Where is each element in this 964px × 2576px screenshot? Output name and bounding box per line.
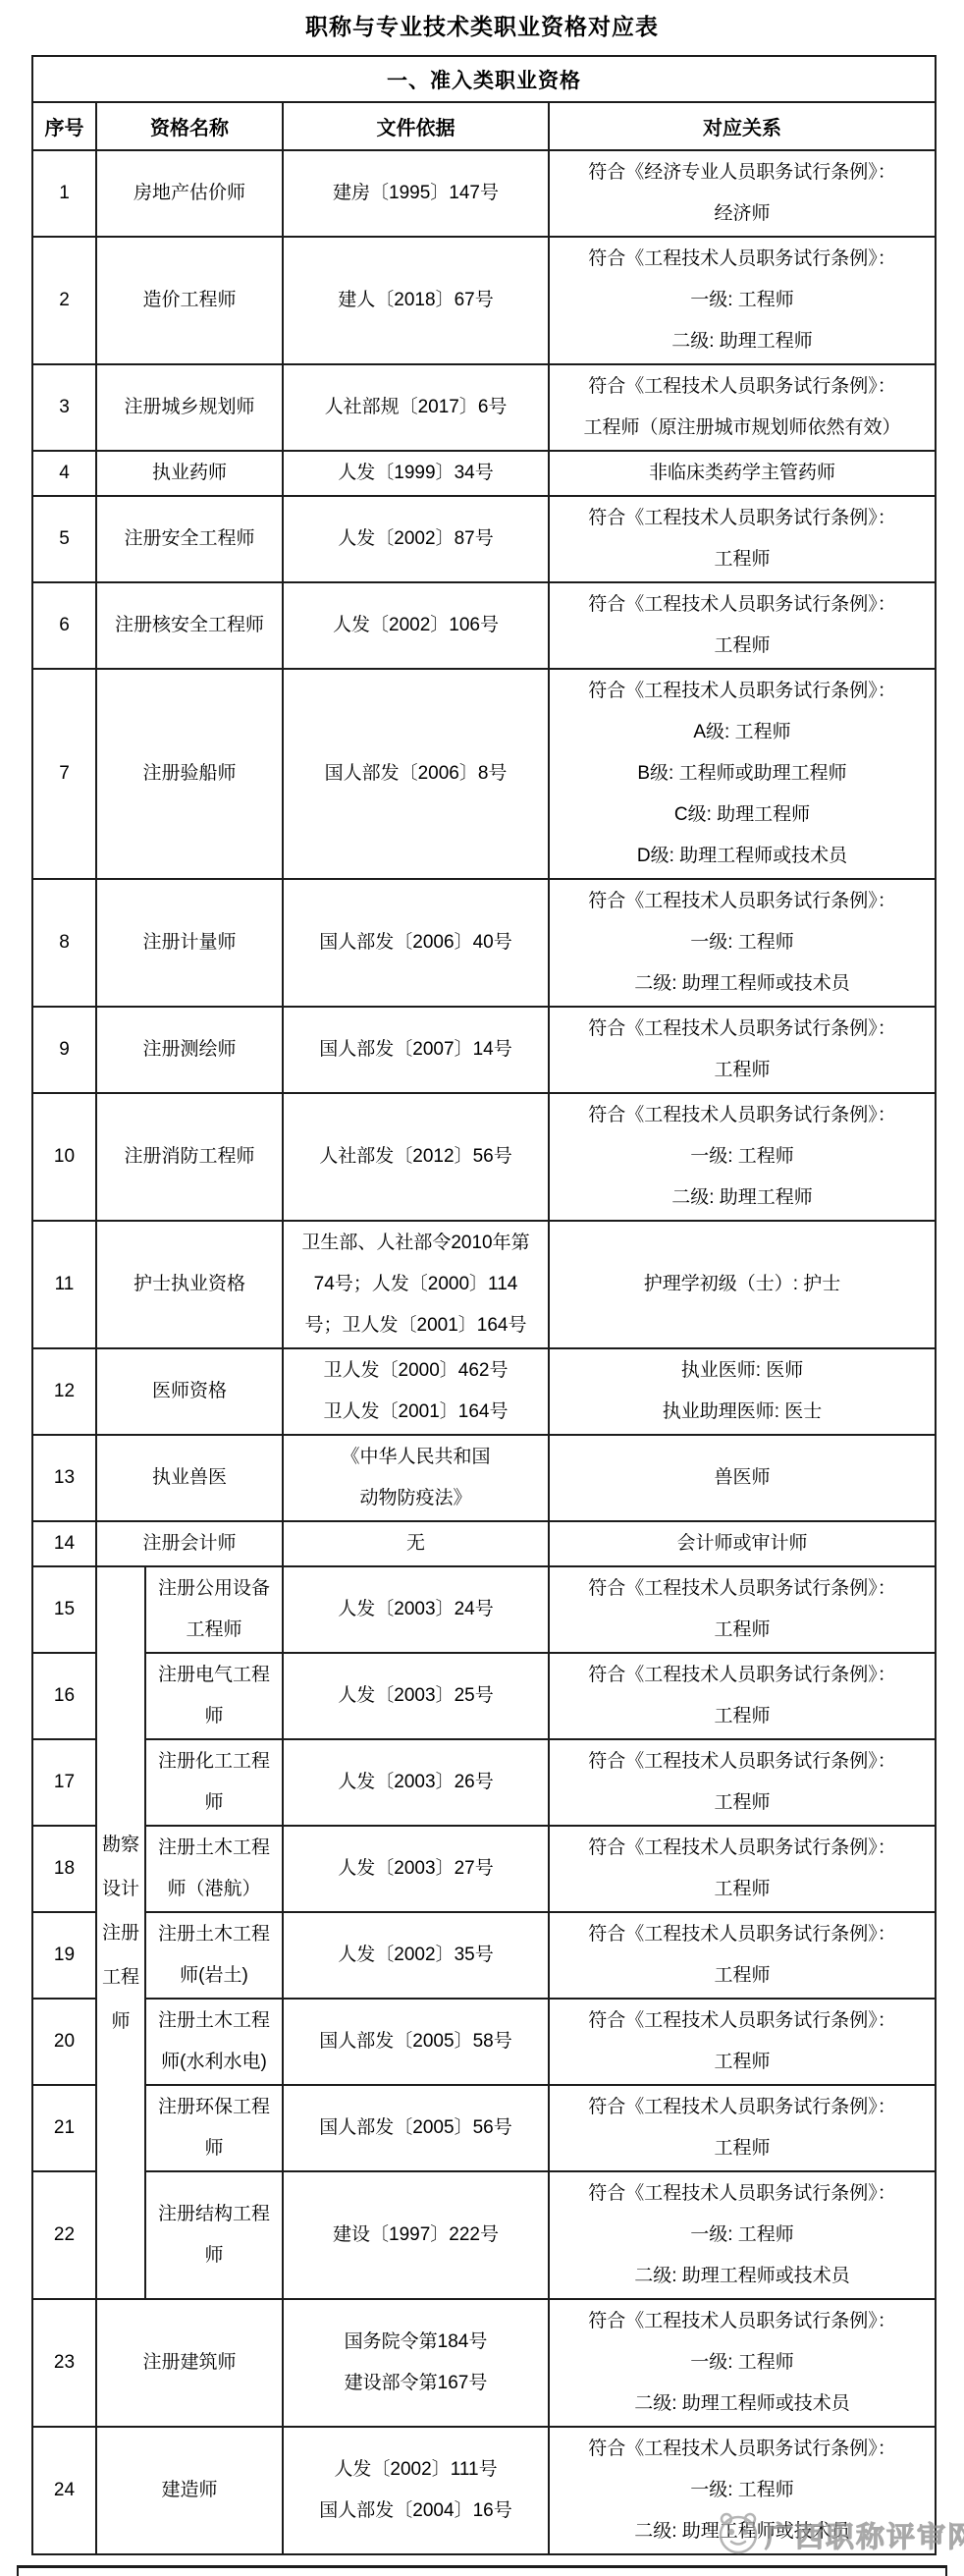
cell-qualification-name: 注册环保工程师	[145, 2085, 283, 2171]
rows.2.relation-line: 符合《工程技术人员职务试行条例》：	[550, 366, 935, 408]
rows.16.relation-line: 符合《工程技术人员职务试行条例》：	[550, 1741, 935, 1782]
rows.17.name-line: 注册土木工程	[146, 1828, 282, 1869]
cell-document-basis: 无	[283, 1521, 549, 1566]
cell-document-basis: 建设〔1997〕222号	[283, 2171, 549, 2299]
rows.21.relation-line: 二级: 助理工程师或技术员	[550, 2256, 935, 2297]
rows.9.relation-line: 二级: 助理工程师	[550, 1178, 935, 1219]
rows.9.relation-line: 一级: 工程师	[550, 1136, 935, 1178]
cell-no: 22	[32, 2171, 96, 2299]
rows.6.relation-line: A级: 工程师	[550, 712, 935, 753]
table-row-22: 22注册结构工程师建设〔1997〕222号符合《工程技术人员职务试行条例》：一级…	[32, 2171, 936, 2299]
cell-correspondence-relation: 符合《工程技术人员职务试行条例》：工程师	[549, 582, 936, 669]
rows.5.relation-line: 工程师	[550, 626, 935, 667]
rows.23.basis-line: 国人部发〔2004〕16号	[284, 2491, 548, 2532]
cell-correspondence-relation: 符合《工程技术人员职务试行条例》：A级: 工程师B级: 工程师或助理工程师C级:…	[549, 669, 936, 879]
cell-correspondence-relation: 符合《工程技术人员职务试行条例》：一级: 工程师二级: 助理工程师或技术员	[549, 879, 936, 1007]
table-row-3: 3注册城乡规划师人社部规〔2017〕6号符合《工程技术人员职务试行条例》：工程师…	[32, 364, 936, 451]
rows.7.relation-line: 符合《工程技术人员职务试行条例》：	[550, 881, 935, 922]
rows.23.relation-line: 二级: 助理工程师或技术员	[550, 2511, 935, 2552]
rows.4.relation-line: 符合《工程技术人员职务试行条例》：	[550, 498, 935, 539]
cell-no: 19	[32, 1912, 96, 1999]
table-body: 1房地产估价师建房〔1995〕147号符合《经济专业人员职务试行条例》：经济师2…	[32, 150, 936, 2554]
rows.9.basis-line: 人社部发〔2012〕56号	[284, 1136, 548, 1178]
rows.14.name-line: 注册公用设备	[146, 1568, 282, 1610]
rows.9.name-line: 注册消防工程师	[97, 1136, 282, 1178]
cell-qualification-name: 注册结构工程师	[145, 2171, 283, 2299]
group.label_lines-line: 勘察	[97, 1823, 144, 1867]
rows.8.relation-line: 符合《工程技术人员职务试行条例》：	[550, 1009, 935, 1050]
table-row-14: 14注册会计师无会计师或审计师	[32, 1521, 936, 1566]
rows.17.relation-line: 符合《工程技术人员职务试行条例》：	[550, 1828, 935, 1869]
rows.6.relation-line: C级: 助理工程师	[550, 795, 935, 836]
rows.22.basis-line: 建设部令第167号	[284, 2363, 548, 2404]
cell-correspondence-relation: 符合《经济专业人员职务试行条例》：经济师	[549, 150, 936, 237]
rows.10.name-line: 护士执业资格	[97, 1264, 282, 1305]
cell-qualification-name: 注册计量师	[96, 879, 283, 1007]
cell-no: 6	[32, 582, 96, 669]
rows.14.basis-line: 人发〔2003〕24号	[284, 1589, 548, 1630]
page-title: 职称与专业技术类职业资格对应表	[0, 9, 964, 41]
rows.1.relation-line: 符合《工程技术人员职务试行条例》：	[550, 239, 935, 280]
cell-correspondence-relation: 会计师或审计师	[549, 1521, 936, 1566]
cell-document-basis: 建房〔1995〕147号	[283, 150, 549, 237]
rows.4.basis-line: 人发〔2002〕87号	[284, 519, 548, 560]
cell-document-basis: 人发〔2003〕26号	[283, 1739, 549, 1826]
cell-correspondence-relation: 兽医师	[549, 1435, 936, 1521]
rows.8.basis-line: 国人部发〔2007〕14号	[284, 1029, 548, 1070]
cell-qualification-name: 注册化工工程师	[145, 1739, 283, 1826]
rows.1.relation-line: 二级: 助理工程师	[550, 321, 935, 362]
cell-no: 9	[32, 1007, 96, 1093]
rows.16.relation-line: 工程师	[550, 1782, 935, 1824]
table-row-17: 17注册化工工程师人发〔2003〕26号符合《工程技术人员职务试行条例》：工程师	[32, 1739, 936, 1826]
table-row-13: 13执业兽医《中华人民共和国动物防疫法》兽医师	[32, 1435, 936, 1521]
cell-no: 21	[32, 2085, 96, 2171]
rows.15.basis-line: 人发〔2003〕25号	[284, 1675, 548, 1717]
rows.16.name-line: 师	[146, 1782, 282, 1824]
table-row-16: 16注册电气工程师人发〔2003〕25号符合《工程技术人员职务试行条例》：工程师	[32, 1653, 936, 1739]
rows.0.name-line: 房地产估价师	[97, 173, 282, 214]
cell-correspondence-relation: 符合《工程技术人员职务试行条例》：一级: 工程师二级: 助理工程师	[549, 1093, 936, 1221]
column-header-relation: 对应关系	[549, 102, 936, 150]
rows.12.basis-line: 《中华人民共和国	[284, 1437, 548, 1478]
cell-correspondence-relation: 符合《工程技术人员职务试行条例》：一级: 工程师二级: 助理工程师或技术员	[549, 2171, 936, 2299]
rows.18.relation-line: 符合《工程技术人员职务试行条例》：	[550, 1914, 935, 1955]
cell-group-survey-design-registered-engineer: 勘察设计注册工程师	[96, 1566, 145, 2299]
rows.19.relation-line: 符合《工程技术人员职务试行条例》：	[550, 2001, 935, 2042]
cell-document-basis: 人发〔2002〕106号	[283, 582, 549, 669]
table-row-15: 15勘察设计注册工程师注册公用设备工程师人发〔2003〕24号符合《工程技术人员…	[32, 1566, 936, 1653]
cell-qualification-name: 建造师	[96, 2427, 283, 2554]
rows.18.relation-line: 工程师	[550, 1955, 935, 1997]
rows.18.name-line: 注册土木工程	[146, 1914, 282, 1955]
rows.22.name-line: 注册建筑师	[97, 2342, 282, 2384]
rows.0.relation-line: 经济师	[550, 193, 935, 235]
cell-qualification-name: 注册城乡规划师	[96, 364, 283, 451]
cell-no: 17	[32, 1739, 96, 1826]
cell-correspondence-relation: 符合《工程技术人员职务试行条例》：工程师	[549, 1826, 936, 1912]
cell-no: 24	[32, 2427, 96, 2554]
rows.11.basis-line: 卫人发〔2001〕164号	[284, 1392, 548, 1433]
rows.20.relation-line: 工程师	[550, 2128, 935, 2169]
table-row-8: 8注册计量师国人部发〔2006〕40号符合《工程技术人员职务试行条例》：一级: …	[32, 879, 936, 1007]
rows.16.name-line: 注册化工工程	[146, 1741, 282, 1782]
rows.11.relation-line: 执业助理医师: 医士	[550, 1392, 935, 1433]
rows.15.name-line: 注册电气工程	[146, 1655, 282, 1696]
rows.7.relation-line: 一级: 工程师	[550, 922, 935, 963]
group.label_lines-line: 师	[97, 2000, 144, 2044]
rows.19.name-line: 注册土木工程	[146, 2001, 282, 2042]
table-row-20: 20注册土木工程师(水利水电)国人部发〔2005〕58号符合《工程技术人员职务试…	[32, 1999, 936, 2085]
cell-qualification-name: 护士执业资格	[96, 1221, 283, 1348]
cell-no: 20	[32, 1999, 96, 2085]
cell-qualification-name: 注册建筑师	[96, 2299, 283, 2427]
rows.10.basis-line: 74号；人发〔2000〕114	[284, 1264, 548, 1305]
cell-no: 7	[32, 669, 96, 879]
group.label_lines-line: 注册	[97, 1911, 144, 1955]
cell-document-basis: 人发〔2002〕111号国人部发〔2004〕16号	[283, 2427, 549, 2554]
cell-correspondence-relation: 符合《工程技术人员职务试行条例》：工程师	[549, 1739, 936, 1826]
cell-correspondence-relation: 符合《工程技术人员职务试行条例》：工程师	[549, 1566, 936, 1653]
rows.17.name-line: 师（港航）	[146, 1869, 282, 1910]
rows.6.relation-line: 符合《工程技术人员职务试行条例》：	[550, 671, 935, 712]
table-row-6: 6注册核安全工程师人发〔2002〕106号符合《工程技术人员职务试行条例》：工程…	[32, 582, 936, 669]
rows.2.basis-line: 人社部规〔2017〕6号	[284, 387, 548, 428]
rows.4.name-line: 注册安全工程师	[97, 519, 282, 560]
rows.6.name-line: 注册验船师	[97, 753, 282, 795]
cell-document-basis: 卫人发〔2000〕462号卫人发〔2001〕164号	[283, 1348, 549, 1435]
cell-qualification-name: 房地产估价师	[96, 150, 283, 237]
rows.2.relation-line: 工程师（原注册城市规划师依然有效）	[550, 408, 935, 449]
rows.21.basis-line: 建设〔1997〕222号	[284, 2215, 548, 2256]
rows.2.name-line: 注册城乡规划师	[97, 387, 282, 428]
cell-document-basis: 建人〔2018〕67号	[283, 237, 549, 364]
cell-no: 4	[32, 451, 96, 496]
rows.12.name-line: 执业兽医	[97, 1457, 282, 1499]
rows.4.relation-line: 工程师	[550, 539, 935, 580]
cell-qualification-name: 注册公用设备工程师	[145, 1566, 283, 1653]
rows.21.name-line: 师	[146, 2235, 282, 2276]
rows.13.name-line: 注册会计师	[97, 1523, 282, 1564]
cell-document-basis: 人发〔2003〕25号	[283, 1653, 549, 1739]
rows.16.basis-line: 人发〔2003〕26号	[284, 1762, 548, 1803]
rows.20.relation-line: 符合《工程技术人员职务试行条例》：	[550, 2087, 935, 2128]
rows.22.relation-line: 符合《工程技术人员职务试行条例》：	[550, 2301, 935, 2342]
cell-qualification-name: 医师资格	[96, 1348, 283, 1435]
cell-qualification-name: 注册土木工程师（港航）	[145, 1826, 283, 1912]
cell-correspondence-relation: 符合《工程技术人员职务试行条例》：工程师	[549, 1007, 936, 1093]
cell-qualification-name: 注册验船师	[96, 669, 283, 879]
rows.8.relation-line: 工程师	[550, 1050, 935, 1091]
rows.14.relation-line: 工程师	[550, 1610, 935, 1651]
rows.6.basis-line: 国人部发〔2006〕8号	[284, 753, 548, 795]
cell-document-basis: 国务院令第184号建设部令第167号	[283, 2299, 549, 2427]
cell-document-basis: 人社部规〔2017〕6号	[283, 364, 549, 451]
table-row-7: 7注册验船师国人部发〔2006〕8号符合《工程技术人员职务试行条例》：A级: 工…	[32, 669, 936, 879]
cell-no: 18	[32, 1826, 96, 1912]
rows.19.relation-line: 工程师	[550, 2042, 935, 2083]
cell-correspondence-relation: 执业医师: 医师执业助理医师: 医士	[549, 1348, 936, 1435]
cell-qualification-name: 注册核安全工程师	[96, 582, 283, 669]
rows.1.name-line: 造价工程师	[97, 280, 282, 321]
table-row-4: 4执业药师人发〔1999〕34号非临床类药学主管药师	[32, 451, 936, 496]
table-row-2: 2造价工程师建人〔2018〕67号符合《工程技术人员职务试行条例》：一级: 工程…	[32, 237, 936, 364]
rows.15.relation-line: 符合《工程技术人员职务试行条例》：	[550, 1655, 935, 1696]
rows.17.basis-line: 人发〔2003〕27号	[284, 1848, 548, 1890]
rows.12.basis-line: 动物防疫法》	[284, 1478, 548, 1519]
rows.10.basis-line: 号；卫人发〔2001〕164号	[284, 1305, 548, 1346]
rows.15.name-line: 师	[146, 1696, 282, 1737]
cell-no: 2	[32, 237, 96, 364]
rows.23.relation-line: 一级: 工程师	[550, 2470, 935, 2511]
table-row-21: 21注册环保工程师国人部发〔2005〕56号符合《工程技术人员职务试行条例》：工…	[32, 2085, 936, 2171]
cell-no: 5	[32, 496, 96, 582]
rows.21.relation-line: 符合《工程技术人员职务试行条例》：	[550, 2173, 935, 2215]
rows.0.relation-line: 符合《经济专业人员职务试行条例》：	[550, 152, 935, 193]
rows.13.relation-line: 会计师或审计师	[550, 1523, 935, 1564]
cell-document-basis: 国人部发〔2006〕8号	[283, 669, 549, 879]
cell-correspondence-relation: 符合《工程技术人员职务试行条例》：工程师	[549, 1999, 936, 2085]
cell-no: 12	[32, 1348, 96, 1435]
cell-document-basis: 国人部发〔2007〕14号	[283, 1007, 549, 1093]
cell-document-basis: 国人部发〔2005〕56号	[283, 2085, 549, 2171]
section-header-row: 一、准入类职业资格	[32, 56, 936, 102]
rows.19.basis-line: 国人部发〔2005〕58号	[284, 2021, 548, 2062]
table-row-18: 18注册土木工程师（港航）人发〔2003〕27号符合《工程技术人员职务试行条例》…	[32, 1826, 936, 1912]
table-row-10: 10注册消防工程师人社部发〔2012〕56号符合《工程技术人员职务试行条例》：一…	[32, 1093, 936, 1221]
rows.7.relation-line: 二级: 助理工程师或技术员	[550, 963, 935, 1005]
cell-no: 3	[32, 364, 96, 451]
cell-qualification-name: 注册测绘师	[96, 1007, 283, 1093]
rows.22.relation-line: 二级: 助理工程师或技术员	[550, 2384, 935, 2425]
rows.23.relation-line: 符合《工程技术人员职务试行条例》：	[550, 2429, 935, 2470]
table-row-24: 24建造师人发〔2002〕111号国人部发〔2004〕16号符合《工程技术人员职…	[32, 2427, 936, 2554]
table-row-5: 5注册安全工程师人发〔2002〕87号符合《工程技术人员职务试行条例》：工程师	[32, 496, 936, 582]
rows.1.basis-line: 建人〔2018〕67号	[284, 280, 548, 321]
column-header-row: 序号 资格名称 文件依据 对应关系	[32, 102, 936, 150]
table-row-12: 12医师资格卫人发〔2000〕462号卫人发〔2001〕164号执业医师: 医师…	[32, 1348, 936, 1435]
cell-no: 8	[32, 879, 96, 1007]
rows.6.relation-line: B级: 工程师或助理工程师	[550, 753, 935, 795]
cell-no: 13	[32, 1435, 96, 1521]
cell-correspondence-relation: 护理学初级（士）: 护士	[549, 1221, 936, 1348]
rows.22.basis-line: 国务院令第184号	[284, 2322, 548, 2363]
cell-qualification-name: 注册电气工程师	[145, 1653, 283, 1739]
cell-correspondence-relation: 符合《工程技术人员职务试行条例》：工程师	[549, 2085, 936, 2171]
cell-qualification-name: 注册会计师	[96, 1521, 283, 1566]
cell-no: 16	[32, 1653, 96, 1739]
table-row-23: 23注册建筑师国务院令第184号建设部令第167号符合《工程技术人员职务试行条例…	[32, 2299, 936, 2427]
rows.3.basis-line: 人发〔1999〕34号	[284, 453, 548, 494]
cell-document-basis: 《中华人民共和国动物防疫法》	[283, 1435, 549, 1521]
cell-qualification-name: 注册土木工程师(水利水电)	[145, 1999, 283, 2085]
cell-document-basis: 卫生部、人社部令2010年第74号；人发〔2000〕114号；卫人发〔2001〕…	[283, 1221, 549, 1348]
table-row-1: 1房地产估价师建房〔1995〕147号符合《经济专业人员职务试行条例》：经济师	[32, 150, 936, 237]
rows.21.name-line: 注册结构工程	[146, 2194, 282, 2235]
cell-document-basis: 国人部发〔2006〕40号	[283, 879, 549, 1007]
rows.7.name-line: 注册计量师	[97, 922, 282, 963]
rows.11.basis-line: 卫人发〔2000〕462号	[284, 1350, 548, 1392]
rows.3.relation-line: 非临床类药学主管药师	[550, 453, 935, 494]
rows.6.relation-line: D级: 助理工程师或技术员	[550, 836, 935, 877]
cell-no: 23	[32, 2299, 96, 2427]
rows.5.name-line: 注册核安全工程师	[97, 605, 282, 646]
cell-document-basis: 人社部发〔2012〕56号	[283, 1093, 549, 1221]
cell-document-basis: 人发〔2003〕24号	[283, 1566, 549, 1653]
rows.14.relation-line: 符合《工程技术人员职务试行条例》：	[550, 1568, 935, 1610]
rows.18.name-line: 师(岩土)	[146, 1955, 282, 1997]
cell-document-basis: 人发〔2002〕87号	[283, 496, 549, 582]
rows.17.relation-line: 工程师	[550, 1869, 935, 1910]
cell-document-basis: 人发〔2003〕27号	[283, 1826, 549, 1912]
rows.8.name-line: 注册测绘师	[97, 1029, 282, 1070]
table-row-19: 19注册土木工程师(岩土)人发〔2002〕35号符合《工程技术人员职务试行条例》…	[32, 1912, 936, 1999]
cell-document-basis: 国人部发〔2005〕58号	[283, 1999, 549, 2085]
cell-correspondence-relation: 符合《工程技术人员职务试行条例》：一级: 工程师二级: 助理工程师	[549, 237, 936, 364]
rows.11.relation-line: 执业医师: 医师	[550, 1350, 935, 1392]
rows.20.name-line: 师	[146, 2128, 282, 2169]
rows.14.name-line: 工程师	[146, 1610, 282, 1651]
cell-document-basis: 人发〔2002〕35号	[283, 1912, 549, 1999]
rows.15.relation-line: 工程师	[550, 1696, 935, 1737]
cell-qualification-name: 注册消防工程师	[96, 1093, 283, 1221]
cell-correspondence-relation: 符合《工程技术人员职务试行条例》：工程师	[549, 1912, 936, 1999]
rows.20.name-line: 注册环保工程	[146, 2087, 282, 2128]
cell-no: 10	[32, 1093, 96, 1221]
rows.20.basis-line: 国人部发〔2005〕56号	[284, 2108, 548, 2149]
rows.11.name-line: 医师资格	[97, 1371, 282, 1412]
cell-qualification-name: 执业兽医	[96, 1435, 283, 1521]
cell-correspondence-relation: 符合《工程技术人员职务试行条例》：一级: 工程师二级: 助理工程师或技术员	[549, 2299, 936, 2427]
section-header: 一、准入类职业资格	[32, 56, 936, 102]
rows.1.relation-line: 一级: 工程师	[550, 280, 935, 321]
group.label_lines-line: 设计	[97, 1867, 144, 1911]
rows.5.relation-line: 符合《工程技术人员职务试行条例》：	[550, 584, 935, 626]
column-header-name: 资格名称	[96, 102, 283, 150]
column-header-no: 序号	[32, 102, 96, 150]
rows.10.relation-line: 护理学初级（士）: 护士	[550, 1264, 935, 1305]
cell-qualification-name: 执业药师	[96, 451, 283, 496]
cell-correspondence-relation: 符合《工程技术人员职务试行条例》：工程师	[549, 1653, 936, 1739]
rows.10.basis-line: 卫生部、人社部令2010年第	[284, 1223, 548, 1264]
rows.13.basis-line: 无	[284, 1523, 548, 1564]
rows.18.basis-line: 人发〔2002〕35号	[284, 1935, 548, 1976]
cell-no: 11	[32, 1221, 96, 1348]
cell-qualification-name: 注册土木工程师(岩土)	[145, 1912, 283, 1999]
qualification-correspondence-table: 一、准入类职业资格 序号 资格名称 文件依据 对应关系 1房地产估价师建房〔19…	[31, 55, 937, 2555]
cell-correspondence-relation: 符合《工程技术人员职务试行条例》：工程师	[549, 496, 936, 582]
cell-correspondence-relation: 符合《工程技术人员职务试行条例》：一级: 工程师二级: 助理工程师或技术员	[549, 2427, 936, 2554]
rows.12.relation-line: 兽医师	[550, 1457, 935, 1499]
column-header-basis: 文件依据	[283, 102, 549, 150]
rows.5.basis-line: 人发〔2002〕106号	[284, 605, 548, 646]
rows.23.basis-line: 人发〔2002〕111号	[284, 2449, 548, 2491]
cell-correspondence-relation: 符合《工程技术人员职务试行条例》：工程师（原注册城市规划师依然有效）	[549, 364, 936, 451]
cell-qualification-name: 注册安全工程师	[96, 496, 283, 582]
rows.23.name-line: 建造师	[97, 2470, 282, 2511]
table-row-11: 11护士执业资格卫生部、人社部令2010年第74号；人发〔2000〕114号；卫…	[32, 1221, 936, 1348]
cell-document-basis: 人发〔1999〕34号	[283, 451, 549, 496]
rows.7.basis-line: 国人部发〔2006〕40号	[284, 922, 548, 963]
cell-no: 14	[32, 1521, 96, 1566]
rows.9.relation-line: 符合《工程技术人员职务试行条例》：	[550, 1095, 935, 1136]
table-row-9: 9注册测绘师国人部发〔2007〕14号符合《工程技术人员职务试行条例》：工程师	[32, 1007, 936, 1093]
rows.21.relation-line: 一级: 工程师	[550, 2215, 935, 2256]
rows.3.name-line: 执业药师	[97, 453, 282, 494]
next-section-table-edge	[17, 2565, 947, 2576]
cell-no: 15	[32, 1566, 96, 1653]
group.label_lines-line: 工程	[97, 1955, 144, 2000]
rows.19.name-line: 师(水利水电)	[146, 2042, 282, 2083]
cell-qualification-name: 造价工程师	[96, 237, 283, 364]
rows.22.relation-line: 一级: 工程师	[550, 2342, 935, 2384]
cell-no: 1	[32, 150, 96, 237]
cell-correspondence-relation: 非临床类药学主管药师	[549, 451, 936, 496]
rows.0.basis-line: 建房〔1995〕147号	[284, 173, 548, 214]
